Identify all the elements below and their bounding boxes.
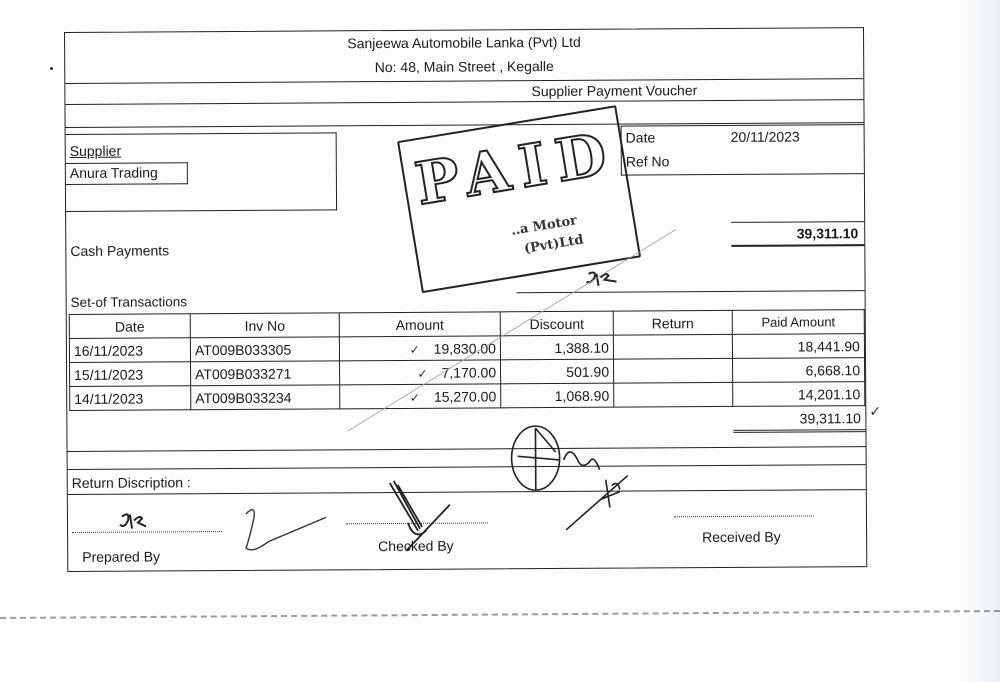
cell-inv-no: AT009B033271	[191, 361, 340, 386]
transactions-label: Set-of Transactions	[71, 294, 187, 310]
cell-paid-amount: 6,668.10	[733, 358, 865, 383]
supplier-label: Supplier	[70, 143, 121, 159]
date-value: 20/11/2023	[731, 129, 800, 145]
paper-edge-shadow	[960, 0, 1000, 682]
supplier-payment-voucher: Sanjeewa Automobile Lanka (Pvt) Ltd No: …	[64, 27, 867, 572]
received-by-label: Received By	[702, 529, 781, 545]
divider	[68, 446, 866, 452]
amount-rule	[731, 221, 864, 223]
cell-paid-amount: 18,441.90	[732, 334, 864, 359]
supplier-name: Anura Trading	[70, 164, 158, 181]
cell-paid-amount-value: 14,201.10	[798, 386, 860, 402]
checked-by-signature	[378, 479, 458, 559]
divider	[68, 464, 866, 470]
scan-speck	[50, 67, 53, 70]
cell-inv-no-value: AT009B033271	[195, 365, 291, 382]
cell-date: 16/11/2023	[69, 338, 190, 363]
prepared-by-initials	[118, 510, 158, 534]
voucher-title: Supplier Payment Voucher	[365, 81, 863, 100]
total-paid: 39,311.10	[733, 406, 865, 432]
cell-date: 15/11/2023	[70, 362, 191, 387]
cell-paid-amount: 14,201.10	[733, 382, 865, 407]
paper-fold-line	[0, 610, 1000, 619]
payment-method-label: Cash Payments	[70, 242, 169, 259]
ref-no-label: Ref No	[626, 153, 670, 169]
faint-diagonal-stroke	[346, 229, 677, 431]
received-by-line	[674, 515, 814, 517]
cell-paid-amount-value: 6,668.10	[806, 362, 861, 378]
cell-inv-no: AT009B033234	[191, 385, 340, 410]
col-inv-no: Inv No	[190, 313, 339, 338]
cell-inv-no-value: AT009B033305	[195, 341, 291, 358]
cell-date-value: 15/11/2023	[74, 366, 143, 382]
company-address: No: 48, Main Street , Kegalle	[65, 56, 863, 77]
cell-date-value: 16/11/2023	[74, 342, 143, 358]
received-signature	[507, 419, 648, 540]
cell-date-value: 14/11/2023	[74, 390, 143, 406]
handwritten-scribble	[238, 505, 328, 556]
total-check-mark: ✓	[869, 403, 881, 420]
prepared-by-label: Prepared By	[82, 548, 160, 564]
col-paid-amount: Paid Amount	[732, 310, 864, 335]
divider	[65, 99, 863, 105]
cell-inv-no: AT009B033305	[190, 337, 339, 362]
date-label: Date	[626, 129, 656, 145]
stamp-word: PAID	[411, 119, 619, 219]
col-date: Date	[69, 314, 190, 339]
return-description-label: Return Discription :	[72, 474, 191, 491]
cell-paid-amount-value: 18,441.90	[798, 338, 860, 354]
company-name: Sanjeewa Automobile Lanka (Pvt) Ltd	[65, 32, 863, 53]
cell-inv-no-value: AT009B033234	[195, 389, 291, 406]
payment-amount: 39,311.10	[797, 225, 859, 241]
amount-rule	[731, 244, 864, 247]
cell-date: 14/11/2023	[70, 386, 191, 411]
